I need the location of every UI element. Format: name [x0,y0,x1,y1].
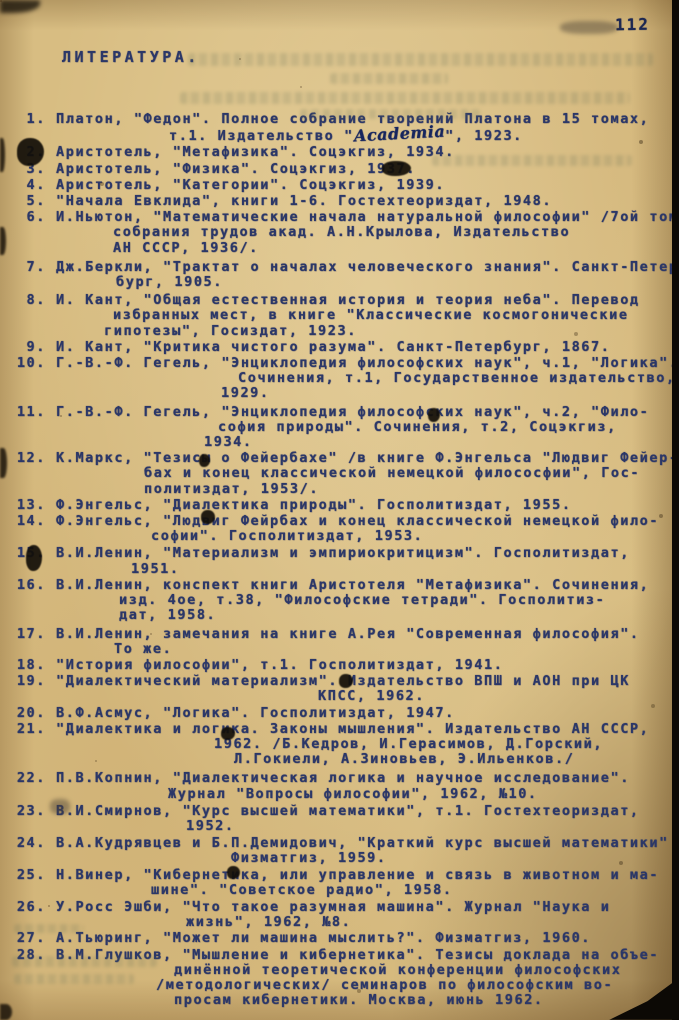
bib-item-number: 19. [0,674,46,689]
scan-edge-mark [0,138,5,172]
bib-item-text: В.И.Ленин, "Материализм и эмпириокритици… [56,546,679,576]
bib-item: 16.В.И.Ленин, конспект книги Аристотеля … [0,578,679,624]
bleedthrough-ghost-text [300,109,480,119]
bib-item-text: И. Кант, "Общая естественная история и т… [56,293,679,339]
bib-item-number: 26. [0,900,46,915]
bib-item: 14.Ф.Энгельс, "Людвиг Фейрбах и конец кл… [0,514,679,544]
bib-line: КПСС, 1962. [56,689,679,704]
bib-line: Г.-В.-Ф. Гегель, "Энциклопедия философск… [56,356,679,371]
bib-item-number: 20. [0,706,46,721]
bib-item-number: 23. [0,804,46,819]
bib-line: шине". "Советское радио", 1958. [56,883,679,898]
bib-line: Ф.Энгельс, "Диалектика природы". Госполи… [56,498,679,513]
bib-item-text: В.И.Ленин, конспект книги Аристотеля "Ме… [56,578,679,624]
scan-edge-mark [0,1004,12,1020]
bib-line: "История философии", т.1. Госполитиздат,… [56,658,679,673]
bib-item-text: Аристотель, "Категории". Соцэкгиз, 1939. [56,178,679,193]
bib-line: софии". Госполитиздат, 1953. [56,529,679,544]
scan-edge-right [672,0,679,1020]
bib-item: 10.Г.-В.-Ф. Гегель, "Энциклопедия филосо… [0,356,679,402]
paper-specks [0,0,2,2]
bib-item-text: Ф.Энгельс, "Диалектика природы". Госполи… [56,498,679,513]
bib-item-number: 18. [0,658,46,673]
ink-blot [201,510,215,524]
bib-item-number: 24. [0,836,46,851]
bib-item-number: 5. [0,194,46,209]
scanned-page: 112 ЛИТЕРАТУРА. 1.Платон, "Федон". Полно… [0,0,679,1020]
bib-line: П.В.Копнин, "Диалектическая логика и нау… [56,771,679,786]
bib-item: 13.Ф.Энгельс, "Диалектика природы". Госп… [0,498,679,513]
bib-item: 9.И. Кант, "Критика чистого разума". Сан… [0,340,679,355]
bib-item: 11.Г.-В.-Ф. Гегель, "Энциклопедия филосо… [0,405,679,451]
bib-line: 1951. [56,562,679,577]
bib-line: "Диалектический материализм". Издательст… [56,674,679,689]
bib-line: 1929. [56,386,679,401]
bib-item: 6.И.Ньютон, "Математические начала натур… [0,210,679,256]
bib-line: Журнал "Вопросы философии", 1962, №10. [56,787,679,802]
bib-item-number: 16. [0,578,46,593]
bleedthrough-ghost-text [330,73,448,84]
typed-text: ", 1923. [445,128,523,144]
page-number: 112 [615,15,650,35]
bib-item-number: 1. [0,112,46,127]
bib-line: Ф.Энгельс, "Людвиг Фейрбах и конец класс… [56,514,679,529]
bib-line: дат, 1958. [56,608,679,623]
bib-line: жизнь", 1962, №8. [56,915,679,930]
bib-item-number: 22. [0,771,46,786]
bib-line: изд. 4ое, т.38, "Философские тетради". Г… [56,593,679,608]
bib-item: 12.К.Маркс, "Тезисы о Фейербахе" /в книг… [0,451,679,497]
bib-line: "Начала Евклида", книги 1-6. Гостехтеори… [56,194,679,209]
bib-line: Г.-В.-Ф. Гегель, "Энциклопедия философск… [56,405,679,420]
bib-item-number: 10. [0,356,46,371]
bib-line: софия природы". Сочинения, т.2, Соцэкгиз… [56,420,679,435]
bib-line: /методологических/ семинаров по философс… [56,978,679,993]
bib-item: 25.Н.Винер, "Кибернетика, или управление… [0,868,679,898]
bib-line: Дж.Беркли, "Трактат о началах человеческ… [56,260,679,275]
bib-item-text: Г.-В.-Ф. Гегель, "Энциклопедия философск… [56,356,679,402]
bib-line: В.И.Ленин, "Материализм и эмпириокритици… [56,546,679,561]
bib-item: 22.П.В.Копнин, "Диалектическая логика и … [0,771,679,801]
bib-item-number: 8. [0,293,46,308]
bib-item-text: У.Росс Эшби, "Что такое разумная машина"… [56,900,679,930]
bib-item-text: И. Кант, "Критика чистого разума". Санкт… [56,340,679,355]
bleedthrough-ghost-text [12,956,157,967]
bib-item-number: 11. [0,405,46,420]
bib-item-text: "Диалектика и логика. Законы мышления". … [56,722,679,768]
bib-line: политиздат, 1953/. [56,482,679,497]
bib-item: 18."История философии", т.1. Госполитизд… [0,658,679,673]
bib-item: 20.В.Ф.Асмус, "Логика". Госполитиздат, 1… [0,706,679,721]
ink-blot [339,674,353,688]
bib-line: 1952. [56,819,679,834]
bib-item: 15.В.И.Ленин, "Материализм и эмпириокрит… [0,546,679,576]
bib-item-text: И.Ньютон, "Математические начала натурал… [56,210,679,256]
bib-line: бург, 1905. [56,275,679,290]
bib-line: 1962. /Б.Кедров, И.Герасимов, Д.Горский, [56,737,679,752]
bib-line: просам кибернетики. Москва, июнь 1962. [56,993,679,1008]
bib-line: "Диалектика и логика. Законы мышления". … [56,722,679,737]
bib-item: 5."Начала Евклида", книги 1-6. Гостехтео… [0,194,679,209]
bib-item-number: 7. [0,260,46,275]
ink-blot [428,408,440,422]
bib-item-text: П.В.Копнин, "Диалектическая логика и нау… [56,771,679,801]
bib-line: То же. [56,642,679,657]
bib-item-number: 4. [0,178,46,193]
bib-item: 17.В.И.Ленин, замечания на книге А.Рея "… [0,627,679,657]
bib-item-number: 14. [0,514,46,529]
bib-line: В.И.Ленин, замечания на книге А.Рея "Сов… [56,627,679,642]
bib-line: собрания трудов акад. А.Н.Крылова, Издат… [56,225,679,240]
bib-item: 7.Дж.Беркли, "Трактат о началах человече… [0,260,679,290]
bib-line: Физматгиз, 1959. [56,851,679,866]
ink-smudge [560,21,618,34]
bib-item-text: В.И.Ленин, замечания на книге А.Рея "Сов… [56,627,679,657]
bib-line: 1934. [56,435,679,450]
bib-line: Сочинения, т.1, Государственное издатель… [56,371,679,386]
bib-line: Н.Винер, "Кибернетика, или управление и … [56,868,679,883]
bib-item-text: В.А.Кудрявцев и Б.П.Демидович, "Краткий … [56,836,679,866]
bib-item-number: 13. [0,498,46,513]
bib-item-text: Г.-В.-Ф. Гегель, "Энциклопедия философск… [56,405,679,451]
bleedthrough-ghost-text [180,92,630,104]
bib-line: АН СССР, 1936/. [56,241,679,256]
bib-item-number: 9. [0,340,46,355]
scan-edge-mark [0,227,6,255]
bib-line: У.Росс Эшби, "Что такое разумная машина"… [56,900,679,915]
ink-smudge [50,799,70,814]
bibliography-list: 1.Платон, "Федон". Полное собрание творе… [0,112,679,1009]
bib-item-text: "История философии", т.1. Госполитиздат,… [56,658,679,673]
bib-line: т.1. Издательство "Academia", 1923. [56,127,679,144]
bib-item: 4.Аристотель, "Категории". Соцэкгиз, 193… [0,178,679,193]
bib-item-text: Дж.Беркли, "Трактат о началах человеческ… [56,260,679,290]
bib-item-text: А.Тьюринг, "Может ли машина мыслить?". Ф… [56,931,679,946]
page-title: ЛИТЕРАТУРА. [62,48,200,66]
bib-item-text: К.Маркс, "Тезисы о Фейербахе" /в книге Ф… [56,451,679,497]
bib-item: 26.У.Росс Эшби, "Что такое разумная маши… [0,900,679,930]
scan-edge-mark [0,448,7,478]
bib-item-number: 27. [0,931,46,946]
bib-line: И. Кант, "Критика чистого разума". Санкт… [56,340,679,355]
scan-corner-top-left [0,0,40,13]
bib-item: 24.В.А.Кудрявцев и Б.П.Демидович, "Кратк… [0,836,679,866]
bib-item-number: 6. [0,210,46,225]
bib-item-number: 17. [0,627,46,642]
bib-line: А.Тьюринг, "Может ли машина мыслить?". Ф… [56,931,679,946]
bleedthrough-ghost-text [14,974,134,984]
bib-line: В.А.Кудрявцев и Б.П.Демидович, "Краткий … [56,836,679,851]
bib-item-text: Ф.Энгельс, "Людвиг Фейрбах и конец класс… [56,514,679,544]
bib-item: 27.А.Тьюринг, "Может ли машина мыслить?"… [0,931,679,946]
bib-line: В.Ф.Асмус, "Логика". Госполитиздат, 1947… [56,706,679,721]
bib-line: Л.Гокиели, А.Зиновьев, Э.Ильенков./ [56,752,679,767]
bib-line: В.И.Смирнов, "Курс высшей математики", т… [56,804,679,819]
bleedthrough-ghost-text [14,924,84,933]
bib-line: В.И.Ленин, конспект книги Аристотеля "Ме… [56,578,679,593]
bib-line: гипотезы", Госиздат, 1923. [56,324,679,339]
bib-line: бах и конец классической немецкой филосо… [56,466,679,481]
bleedthrough-ghost-text [188,53,653,66]
bib-item-number: 21. [0,722,46,737]
bib-line: Аристотель, "Категории". Соцэкгиз, 1939. [56,178,679,193]
bib-item: 21."Диалектика и логика. Законы мышления… [0,722,679,768]
bib-item: 8.И. Кант, "Общая естественная история и… [0,293,679,339]
bib-item-text: "Начала Евклида", книги 1-6. Гостехтеори… [56,194,679,209]
bib-item-text: "Диалектический материализм". Издательст… [56,674,679,704]
bib-item-text: В.И.Смирнов, "Курс высшей математики", т… [56,804,679,834]
bleedthrough-ghost-text [432,155,632,166]
bib-item-text: В.Ф.Асмус, "Логика". Госполитиздат, 1947… [56,706,679,721]
bib-item: 23.В.И.Смирнов, "Курс высшей математики"… [0,804,679,834]
typed-text: т.1. Издательство " [169,128,354,144]
bib-item-text: Н.Винер, "Кибернетика, или управление и … [56,868,679,898]
bib-line: избранных мест, в книге "Классические ко… [56,308,679,323]
handwritten-word: Academia [353,124,445,144]
bib-item-number: 25. [0,868,46,883]
